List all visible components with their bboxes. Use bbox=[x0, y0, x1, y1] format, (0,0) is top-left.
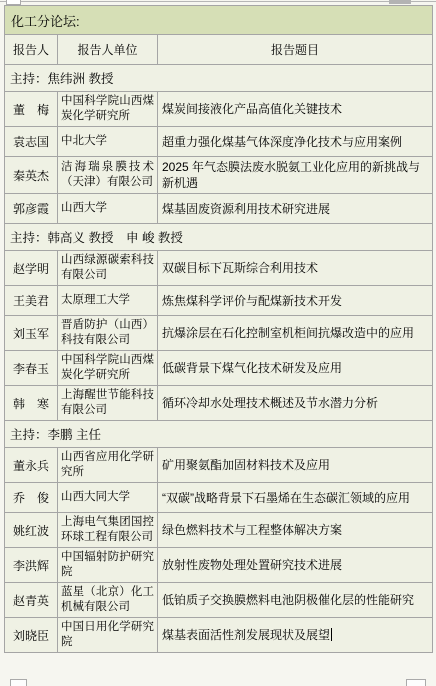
title-cell[interactable]: 低碳背景下煤气化技术研发及应用 bbox=[158, 351, 433, 386]
unit-text: 蓝星（北京）化工机械有限公司 bbox=[61, 586, 154, 613]
bottom-right-handle bbox=[406, 679, 426, 686]
name-cell[interactable]: 董 梅 bbox=[5, 92, 58, 127]
unit-text: 中国科学院山西煤炭化学研究所 bbox=[61, 354, 154, 381]
chair-cell[interactable]: 主持：焦纬洲 教授 bbox=[5, 65, 433, 92]
text-cursor bbox=[331, 628, 332, 641]
unit-cell[interactable]: 蓝星（北京）化工机械有限公司 bbox=[58, 583, 158, 618]
chair-cell[interactable]: 主持：韩高义 教授 申 峻 教授 bbox=[5, 224, 433, 251]
col-header-topic[interactable]: 报告题目 bbox=[158, 35, 433, 65]
top-right-handle bbox=[389, 0, 411, 4]
data-row: 赵学明山西绿源碳索科技有限公司双碳目标下瓦斯综合利用技术 bbox=[5, 251, 433, 286]
unit-cell[interactable]: 中国辐射防护研究院 bbox=[58, 548, 158, 583]
unit-cell[interactable]: 中北大学 bbox=[58, 127, 158, 157]
unit-cell[interactable]: 中国科学院山西煤炭化学研究所 bbox=[58, 92, 158, 127]
title-cell[interactable]: “双碳”战略背景下石墨烯在生态碳汇领域的应用 bbox=[158, 483, 433, 513]
name-text: 董永兵 bbox=[13, 459, 49, 473]
unit-cell[interactable]: 山西大同大学 bbox=[58, 483, 158, 513]
name-cell[interactable]: 赵青英 bbox=[5, 583, 58, 618]
unit-text: 太原理工大学 bbox=[61, 294, 130, 306]
title-text: 矿用聚氨酯加固材料技术及应用 bbox=[162, 458, 330, 472]
table-body: 主持：焦纬洲 教授董 梅中国科学院山西煤炭化学研究所煤炭间接液化产品高值化关键技… bbox=[5, 65, 433, 653]
title-text: “双碳”战略背景下石墨烯在生态碳汇领域的应用 bbox=[162, 491, 410, 505]
name-text: 赵青英 bbox=[13, 594, 49, 608]
unit-cell[interactable]: 山西省应用化学研究所 bbox=[58, 448, 158, 483]
name-cell[interactable]: 董永兵 bbox=[5, 448, 58, 483]
unit-cell[interactable]: 山西绿源碳索科技有限公司 bbox=[58, 251, 158, 286]
unit-cell[interactable]: 太原理工大学 bbox=[58, 286, 158, 316]
title-text: 抗爆涂层在石化控制室机柜间抗爆改造中的应用 bbox=[162, 326, 414, 340]
unit-cell[interactable]: 上海醒世节能科技有限公司 bbox=[58, 386, 158, 421]
unit-cell[interactable]: 中国科学院山西煤炭化学研究所 bbox=[58, 351, 158, 386]
data-row: 王美君太原理工大学炼焦煤科学评价与配煤新技术开发 bbox=[5, 286, 433, 316]
col-header-speaker[interactable]: 报告人 bbox=[5, 35, 58, 65]
unit-text: 上海电气集团国控环球工程有限公司 bbox=[61, 516, 154, 543]
data-row: 秦英杰洁海瑞泉膜技术（天津）有限公司2025 年气态膜法废水脱氨工业化应用的新挑… bbox=[5, 157, 433, 194]
name-cell[interactable]: 李洪辉 bbox=[5, 548, 58, 583]
name-text: 袁志国 bbox=[13, 135, 49, 149]
unit-text: 中国日用化学研究院 bbox=[61, 621, 154, 648]
name-text: 姚红波 bbox=[13, 524, 49, 538]
title-text: 煤炭间接液化产品高值化关键技术 bbox=[162, 102, 342, 116]
name-cell[interactable]: 秦英杰 bbox=[5, 157, 58, 194]
top-left-handle bbox=[6, 0, 21, 5]
col-header-affiliation[interactable]: 报告人单位 bbox=[58, 35, 158, 65]
unit-text: 中北大学 bbox=[61, 135, 107, 147]
title-cell[interactable]: 绿色燃料技术与工程整体解决方案 bbox=[158, 513, 433, 548]
unit-text: 晋盾防护（山西）科技有限公司 bbox=[61, 319, 154, 346]
name-cell[interactable]: 赵学明 bbox=[5, 251, 58, 286]
name-text: 王美君 bbox=[13, 294, 49, 308]
data-row: 姚红波上海电气集团国控环球工程有限公司绿色燃料技术与工程整体解决方案 bbox=[5, 513, 433, 548]
name-text: 赵学明 bbox=[13, 262, 49, 276]
name-text: 李春玉 bbox=[13, 362, 49, 376]
title-cell[interactable]: 煤基表面活性剂发展现状及展望 bbox=[158, 618, 433, 653]
name-cell[interactable]: 刘晓臣 bbox=[5, 618, 58, 653]
unit-cell[interactable]: 晋盾防护（山西）科技有限公司 bbox=[58, 316, 158, 351]
title-text: 双碳目标下瓦斯综合利用技术 bbox=[162, 261, 318, 275]
data-row: 乔 俊山西大同大学“双碳”战略背景下石墨烯在生态碳汇领域的应用 bbox=[5, 483, 433, 513]
name-text: 秦英杰 bbox=[13, 169, 49, 183]
unit-cell[interactable]: 中国日用化学研究院 bbox=[58, 618, 158, 653]
name-cell[interactable]: 王美君 bbox=[5, 286, 58, 316]
name-text: 刘晓臣 bbox=[13, 629, 49, 643]
data-row: 李春玉中国科学院山西煤炭化学研究所低碳背景下煤气化技术研发及应用 bbox=[5, 351, 433, 386]
title-cell[interactable]: 煤炭间接液化产品高值化关键技术 bbox=[158, 92, 433, 127]
chair-row: 主持：焦纬洲 教授 bbox=[5, 65, 433, 92]
chair-row: 主持：李鹏 主任 bbox=[5, 421, 433, 448]
header-row: 报告人 报告人单位 报告题目 bbox=[5, 35, 433, 65]
page-title[interactable]: 化工分论坛: bbox=[5, 6, 433, 35]
unit-cell[interactable]: 上海电气集团国控环球工程有限公司 bbox=[58, 513, 158, 548]
data-row: 董 梅中国科学院山西煤炭化学研究所煤炭间接液化产品高值化关键技术 bbox=[5, 92, 433, 127]
top-edge-line bbox=[0, 1, 436, 2]
data-row: 赵青英蓝星（北京）化工机械有限公司低铂质子交换膜燃料电池阴极催化层的性能研究 bbox=[5, 583, 433, 618]
title-text: 放射性废物处理处置研究技术进展 bbox=[162, 558, 342, 572]
title-cell[interactable]: 双碳目标下瓦斯综合利用技术 bbox=[158, 251, 433, 286]
title-text: 低铂质子交换膜燃料电池阴极催化层的性能研究 bbox=[162, 593, 414, 607]
title-cell[interactable]: 煤基固废资源利用技术研究进展 bbox=[158, 194, 433, 224]
title-text: 煤基表面活性剂发展现状及展望 bbox=[162, 628, 330, 642]
title-text: 2025 年气态膜法废水脱氨工业化应用的新挑战与新机遇 bbox=[162, 160, 420, 190]
unit-text: 中国科学院山西煤炭化学研究所 bbox=[61, 95, 154, 122]
chair-cell[interactable]: 主持：李鹏 主任 bbox=[5, 421, 433, 448]
title-text: 超重力强化煤基气体深度净化技术与应用案例 bbox=[162, 135, 402, 149]
unit-text: 山西大同大学 bbox=[61, 491, 130, 503]
title-cell[interactable]: 放射性废物处理处置研究技术进展 bbox=[158, 548, 433, 583]
name-cell[interactable]: 李春玉 bbox=[5, 351, 58, 386]
name-cell[interactable]: 郭彦霞 bbox=[5, 194, 58, 224]
name-text: 刘玉军 bbox=[13, 327, 49, 341]
name-text: 乔 俊 bbox=[13, 491, 49, 505]
title-text: 炼焦煤科学评价与配煤新技术开发 bbox=[162, 294, 342, 308]
name-text: 韩 寒 bbox=[13, 397, 49, 411]
unit-text: 山西绿源碳索科技有限公司 bbox=[61, 254, 154, 281]
data-row: 郭彦霞山西大学煤基固废资源利用技术研究进展 bbox=[5, 194, 433, 224]
forum-table: 化工分论坛: 报告人 报告人单位 报告题目 主持：焦纬洲 教授董 梅中国科学院山… bbox=[4, 5, 433, 653]
data-row: 董永兵山西省应用化学研究所矿用聚氨酯加固材料技术及应用 bbox=[5, 448, 433, 483]
title-text: 煤基固废资源利用技术研究进展 bbox=[162, 202, 330, 216]
name-cell[interactable]: 乔 俊 bbox=[5, 483, 58, 513]
title-cell[interactable]: 低铂质子交换膜燃料电池阴极催化层的性能研究 bbox=[158, 583, 433, 618]
name-text: 董 梅 bbox=[13, 103, 49, 117]
name-cell[interactable]: 刘玉军 bbox=[5, 316, 58, 351]
name-cell[interactable]: 韩 寒 bbox=[5, 386, 58, 421]
name-text: 郭彦霞 bbox=[13, 202, 49, 216]
unit-cell[interactable]: 山西大学 bbox=[58, 194, 158, 224]
title-text: 低碳背景下煤气化技术研发及应用 bbox=[162, 361, 342, 375]
title-cell[interactable]: 循环冷却水处理技术概述及节水潜力分析 bbox=[158, 386, 433, 421]
data-row: 李洪辉中国辐射防护研究院放射性废物处理处置研究技术进展 bbox=[5, 548, 433, 583]
name-cell[interactable]: 袁志国 bbox=[5, 127, 58, 157]
doc-title-row: 化工分论坛: bbox=[5, 6, 433, 35]
title-cell[interactable]: 超重力强化煤基气体深度净化技术与应用案例 bbox=[158, 127, 433, 157]
data-row: 韩 寒上海醒世节能科技有限公司循环冷却水处理技术概述及节水潜力分析 bbox=[5, 386, 433, 421]
data-row: 刘玉军晋盾防护（山西）科技有限公司抗爆涂层在石化控制室机柜间抗爆改造中的应用 bbox=[5, 316, 433, 351]
chair-row: 主持：韩高义 教授 申 峻 教授 bbox=[5, 224, 433, 251]
name-text: 李洪辉 bbox=[13, 559, 49, 573]
title-cell[interactable]: 矿用聚氨酯加固材料技术及应用 bbox=[158, 448, 433, 483]
name-cell[interactable]: 姚红波 bbox=[5, 513, 58, 548]
unit-text: 洁海瑞泉膜技术（天津）有限公司 bbox=[61, 161, 154, 188]
data-row: 袁志国中北大学超重力强化煤基气体深度净化技术与应用案例 bbox=[5, 127, 433, 157]
title-text: 绿色燃料技术与工程整体解决方案 bbox=[162, 523, 342, 537]
title-cell[interactable]: 2025 年气态膜法废水脱氨工业化应用的新挑战与新机遇 bbox=[158, 157, 433, 194]
bottom-left-handle bbox=[10, 679, 27, 686]
title-cell[interactable]: 炼焦煤科学评价与配煤新技术开发 bbox=[158, 286, 433, 316]
unit-text: 山西大学 bbox=[61, 202, 107, 214]
unit-cell[interactable]: 洁海瑞泉膜技术（天津）有限公司 bbox=[58, 157, 158, 194]
data-row: 刘晓臣中国日用化学研究院煤基表面活性剂发展现状及展望 bbox=[5, 618, 433, 653]
title-cell[interactable]: 抗爆涂层在石化控制室机柜间抗爆改造中的应用 bbox=[158, 316, 433, 351]
title-text: 循环冷却水处理技术概述及节水潜力分析 bbox=[162, 396, 378, 410]
unit-text: 山西省应用化学研究所 bbox=[61, 451, 154, 478]
unit-text: 中国辐射防护研究院 bbox=[61, 551, 154, 578]
unit-text: 上海醒世节能科技有限公司 bbox=[61, 389, 154, 416]
